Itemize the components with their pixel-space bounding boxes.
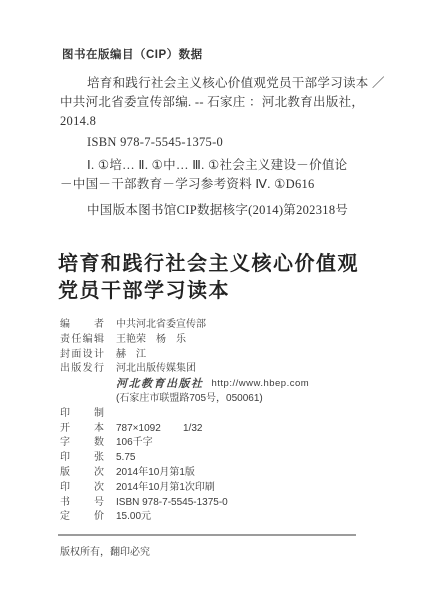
cip-body: 培育和践行社会主义核心价值观党员干部学习读本 ／ 中共河北省委宣传部编. -- … [60,74,380,220]
row-label: 印制 [60,407,104,422]
colophon-row-printing: 印制 [60,407,390,422]
colophon-row-word-count: 字数 106千字 [60,436,390,451]
row-value: 赫 江 [116,348,146,363]
colophon-row-responsible-editor: 责任编辑 王艳荣 杨 乐 [60,333,390,348]
colophon-row-editor: 编者 中共河北省委宣传部 [60,318,390,333]
row-label: 出版发行 [60,362,104,377]
copyright-page: 图书在版编目（CIP）数据 培育和践行社会主义核心价值观党员干部学习读本 ／ 中… [0,0,437,613]
row-label: 封面设计 [60,348,104,363]
row-label: 责任编辑 [60,333,104,348]
cip-record-number: 中国版本图书馆CIP数据核字(2014)第202318号 [60,201,380,220]
row-label: 定价 [60,510,104,525]
colophon-row-price: 定价 15.00元 [60,510,390,525]
colophon-row-impression: 印次 2014年10月第1次印刷 [60,481,390,496]
book-title-line-2: 党员干部学习读本 [58,278,359,305]
row-value: 王艳荣 杨 乐 [116,333,186,348]
publisher-address-row: (石家庄市联盟路705号，050061) [60,392,390,407]
colophon-row-format: 开本 787×1092 1/32 [60,422,390,437]
row-value: 2014年10月第1次印刷 [116,481,215,496]
publisher-logo: 河北教育出版社 [116,377,204,392]
row-value: ISBN 978-7-5545-1375-0 [116,496,228,511]
row-label: 字数 [60,436,104,451]
row-value: 787×1092 1/32 [116,422,202,437]
cip-class-line-2: －中国－干部教育－学习参考资料 Ⅳ. ①D616 [60,175,380,194]
row-label: 印次 [60,481,104,496]
publisher-url: http://www.hbep.com [212,377,310,392]
row-label: 版次 [60,466,104,481]
colophon-info: 编者 中共河北省委宣传部 责任编辑 王艳荣 杨 乐 封面设计 赫 江 出版发行 … [60,318,390,525]
colophon-row-sheets: 印张 5.75 [60,451,390,466]
row-label: 开本 [60,422,104,437]
cip-section: 图书在版编目（CIP）数据 培育和践行社会主义核心价值观党员干部学习读本 ／ 中… [60,46,380,220]
row-label: 印张 [60,451,104,466]
row-value: 5.75 [116,451,135,466]
row-value: 河北出版传媒集团 [116,362,196,377]
row-value: 2014年10月第1版 [116,466,195,481]
copyright-notice: 版权所有，翻印必究 [60,543,150,558]
colophon-row-cover-design: 封面设计 赫 江 [60,348,390,363]
book-title-line-1: 培育和践行社会主义核心价值观 [58,251,359,278]
cip-record-line-1: 培育和践行社会主义核心价值观党员干部学习读本 ／ [60,74,380,93]
row-label: 编者 [60,318,104,333]
publisher-logo-row: 河北教育出版社 http://www.hbep.com [60,377,390,392]
footer-divider [58,534,356,536]
cip-class-line-1: Ⅰ. ①培… Ⅱ. ①中… Ⅲ. ①社会主义建设－价值论 [60,156,380,175]
row-value: 中共河北省委宣传部 [116,318,206,333]
colophon-row-book-number: 书号 ISBN 978-7-5545-1375-0 [60,496,390,511]
cip-isbn-line: ISBN 978-7-5545-1375-0 [60,133,380,152]
cip-header: 图书在版编目（CIP）数据 [62,46,380,62]
cip-record-line-2: 中共河北省委宣传部编. -- 石家庄 ：河北教育出版社， [60,93,380,112]
publisher-address: (石家庄市联盟路705号，050061) [116,392,263,407]
book-title: 培育和践行社会主义核心价值观 党员干部学习读本 [58,251,359,305]
row-value: 106千字 [116,436,153,451]
row-value: 15.00元 [116,510,151,525]
row-label: 书号 [60,496,104,511]
colophon-row-edition: 版次 2014年10月第1版 [60,466,390,481]
cip-record-line-3: 2014.8 [60,112,380,131]
colophon-row-publisher: 出版发行 河北出版传媒集团 [60,362,390,377]
